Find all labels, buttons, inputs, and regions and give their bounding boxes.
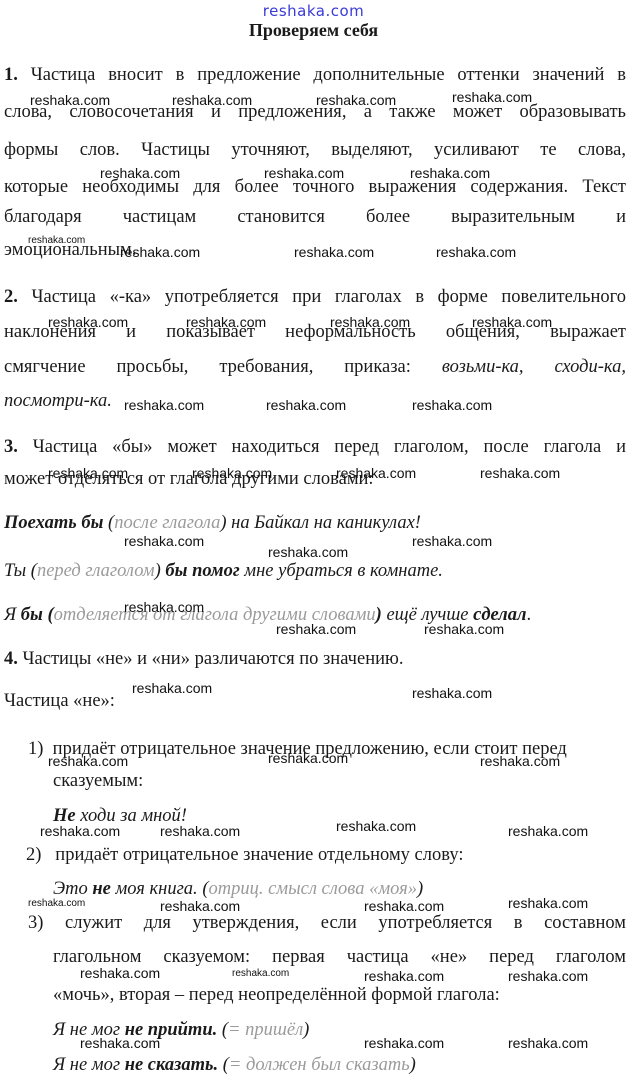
watermark-text: reshaka.com	[410, 165, 490, 181]
s4-intro-text: Частицы «не» и «ни» различаются по значе…	[23, 649, 404, 669]
watermark-text: reshaka.com	[266, 397, 346, 413]
s3-ex2-start: Ты	[4, 561, 26, 581]
s4-item-3-ex2-start: Я не мог	[53, 1055, 120, 1075]
s2-text-3: смягчение просьбы, требования, приказа:	[4, 357, 411, 377]
s3-ex2-bold: бы помог	[165, 561, 239, 581]
watermark-text: reshaka.com	[412, 397, 492, 413]
watermark-text: reshaka.com	[48, 753, 128, 769]
watermark-text: reshaka.com	[508, 968, 588, 984]
watermark-text: reshaka.com	[412, 533, 492, 549]
s3-ex1-bold: Поехать бы	[4, 513, 103, 533]
s3-number: 3.	[4, 437, 18, 457]
s2-line-3: смягчение просьбы, требования, приказа: …	[4, 357, 626, 378]
watermark-text: reshaka.com	[472, 314, 552, 330]
s2-examples: возьми-ка, сходи-ка,	[442, 357, 626, 377]
s4-item-3-line-3: «мочь», вторая – перед неопределённой фо…	[53, 985, 626, 1006]
s4-intro: 4. Частицы «не» и «ни» различаются по зн…	[4, 649, 626, 670]
s4-item-3-marker: 3)	[28, 913, 43, 933]
watermark-text: reshaka.com	[120, 244, 200, 260]
watermark-text: reshaka.com	[436, 244, 516, 260]
s4-item-2-ex-note: отриц. смысл слова «моя»	[208, 879, 417, 899]
s4-item-2-line-1: 2) придаёт отрицательное значение отдель…	[26, 845, 626, 866]
watermark-text: reshaka.com	[172, 92, 252, 108]
watermark-text: reshaka.com	[124, 599, 204, 615]
s3-ex2-note: перед глаголом	[37, 561, 155, 581]
watermark-text: reshaka.com	[132, 680, 212, 696]
watermark-text: reshaka.com	[364, 898, 444, 914]
watermark-text: reshaka.com	[80, 965, 160, 981]
watermark-text: reshaka.com	[100, 165, 180, 181]
page-title: Проверяем себя	[0, 20, 627, 41]
s1-line-1: 1. Частица вносит в предложение дополнит…	[4, 65, 626, 86]
watermark-text: reshaka.com	[336, 465, 416, 481]
s4-item-3-ex1-note: = пришёл	[228, 1020, 303, 1040]
watermark-text: reshaka.com	[276, 621, 356, 637]
s4-item-3-text-1: служит для утверждения, если употребляет…	[65, 913, 626, 933]
watermark-text: reshaka.com	[186, 314, 266, 330]
watermark-text: reshaka.com	[28, 235, 85, 246]
site-watermark: reshaka.com	[0, 2, 627, 20]
watermark-text: reshaka.com	[40, 823, 120, 839]
s4-item-3-ex2-bold: не сказать.	[125, 1055, 218, 1075]
watermark-text: reshaka.com	[508, 1035, 588, 1051]
watermark-text: reshaka.com	[480, 465, 560, 481]
s4-item-1-line-2: сказуемым:	[53, 771, 626, 792]
s2-number: 2.	[4, 287, 18, 307]
s4-item-2-text-1: придаёт отрицательное значение отдельном…	[55, 845, 463, 865]
watermark-text: reshaka.com	[412, 685, 492, 701]
watermark-text: reshaka.com	[160, 823, 240, 839]
s3-example-1: Поехать бы (после глагола) на Байкал на …	[4, 513, 626, 534]
s3-example-2: Ты (перед глаголом) бы помог мне убратьс…	[4, 561, 626, 582]
watermark-text: reshaka.com	[80, 1035, 160, 1051]
watermark-text: reshaka.com	[316, 92, 396, 108]
s4-item-1-marker: 1)	[28, 739, 43, 759]
watermark-text: reshaka.com	[264, 165, 344, 181]
s1-number: 1.	[4, 65, 18, 85]
s4-item-3-example-2: Я не мог не сказать. (= должен был сказа…	[53, 1055, 626, 1076]
s3-ex1-rest: на Байкал на каникулах!	[231, 513, 421, 533]
watermark-text: reshaka.com	[268, 544, 348, 560]
watermark-text: reshaka.com	[508, 895, 588, 911]
s3-ex3-bold1: бы	[21, 605, 43, 625]
watermark-text: reshaka.com	[480, 753, 560, 769]
s1-line-5: благодаря частицам становится более выра…	[4, 207, 626, 228]
s4-item-3-line-1: 3) служит для утверждения, если употребл…	[28, 913, 626, 934]
watermark-text: reshaka.com	[508, 823, 588, 839]
watermark-text: reshaka.com	[124, 397, 204, 413]
s1-text-1: Частица вносит в предложение дополнитель…	[31, 65, 626, 85]
watermark-text: reshaka.com	[336, 818, 416, 834]
s1-line-3: формы слов. Частицы уточняют, выделяют, …	[4, 140, 626, 161]
watermark-text: reshaka.com	[124, 533, 204, 549]
watermark-text: reshaka.com	[294, 244, 374, 260]
s4-item-2-ex-rest: моя книга.	[115, 879, 197, 899]
watermark-text: reshaka.com	[30, 92, 110, 108]
watermark-text: reshaka.com	[424, 621, 504, 637]
s4-item-2-marker: 2)	[26, 845, 41, 865]
s3-text-1: Частица «бы» может находиться перед глаг…	[33, 437, 626, 457]
watermark-text: reshaka.com	[28, 898, 85, 909]
s3-ex2-rest: мне убраться в комнате.	[244, 561, 443, 581]
s4-item-3-ex2-note: = должен был сказать	[229, 1055, 410, 1075]
s4-subhead: Частица «не»:	[4, 691, 626, 712]
s2-text-1: Частица «-ка» употребляется при глаголах…	[31, 287, 626, 307]
s3-ex3-start: Я	[4, 605, 16, 625]
s3-line-1: 3. Частица «бы» может находиться перед г…	[4, 437, 626, 458]
watermark-text: reshaka.com	[192, 465, 272, 481]
s3-ex1-note: после глагола	[114, 513, 220, 533]
watermark-text: reshaka.com	[364, 1035, 444, 1051]
watermark-text: reshaka.com	[330, 314, 410, 330]
watermark-text: reshaka.com	[232, 968, 289, 979]
s4-number: 4.	[4, 649, 18, 669]
s4-item-2-ex-bold: не	[92, 879, 110, 899]
s3-ex3-end: .	[527, 605, 532, 625]
watermark-text: reshaka.com	[268, 750, 348, 766]
watermark-text: reshaka.com	[452, 89, 532, 105]
watermark-text: reshaka.com	[48, 465, 128, 481]
watermark-text: reshaka.com	[160, 898, 240, 914]
watermark-text: reshaka.com	[48, 314, 128, 330]
watermark-text: reshaka.com	[364, 968, 444, 984]
s4-item-2-ex-start: Это	[53, 879, 88, 899]
s2-line-1: 2. Частица «-ка» употребляется при глаго…	[4, 287, 626, 308]
